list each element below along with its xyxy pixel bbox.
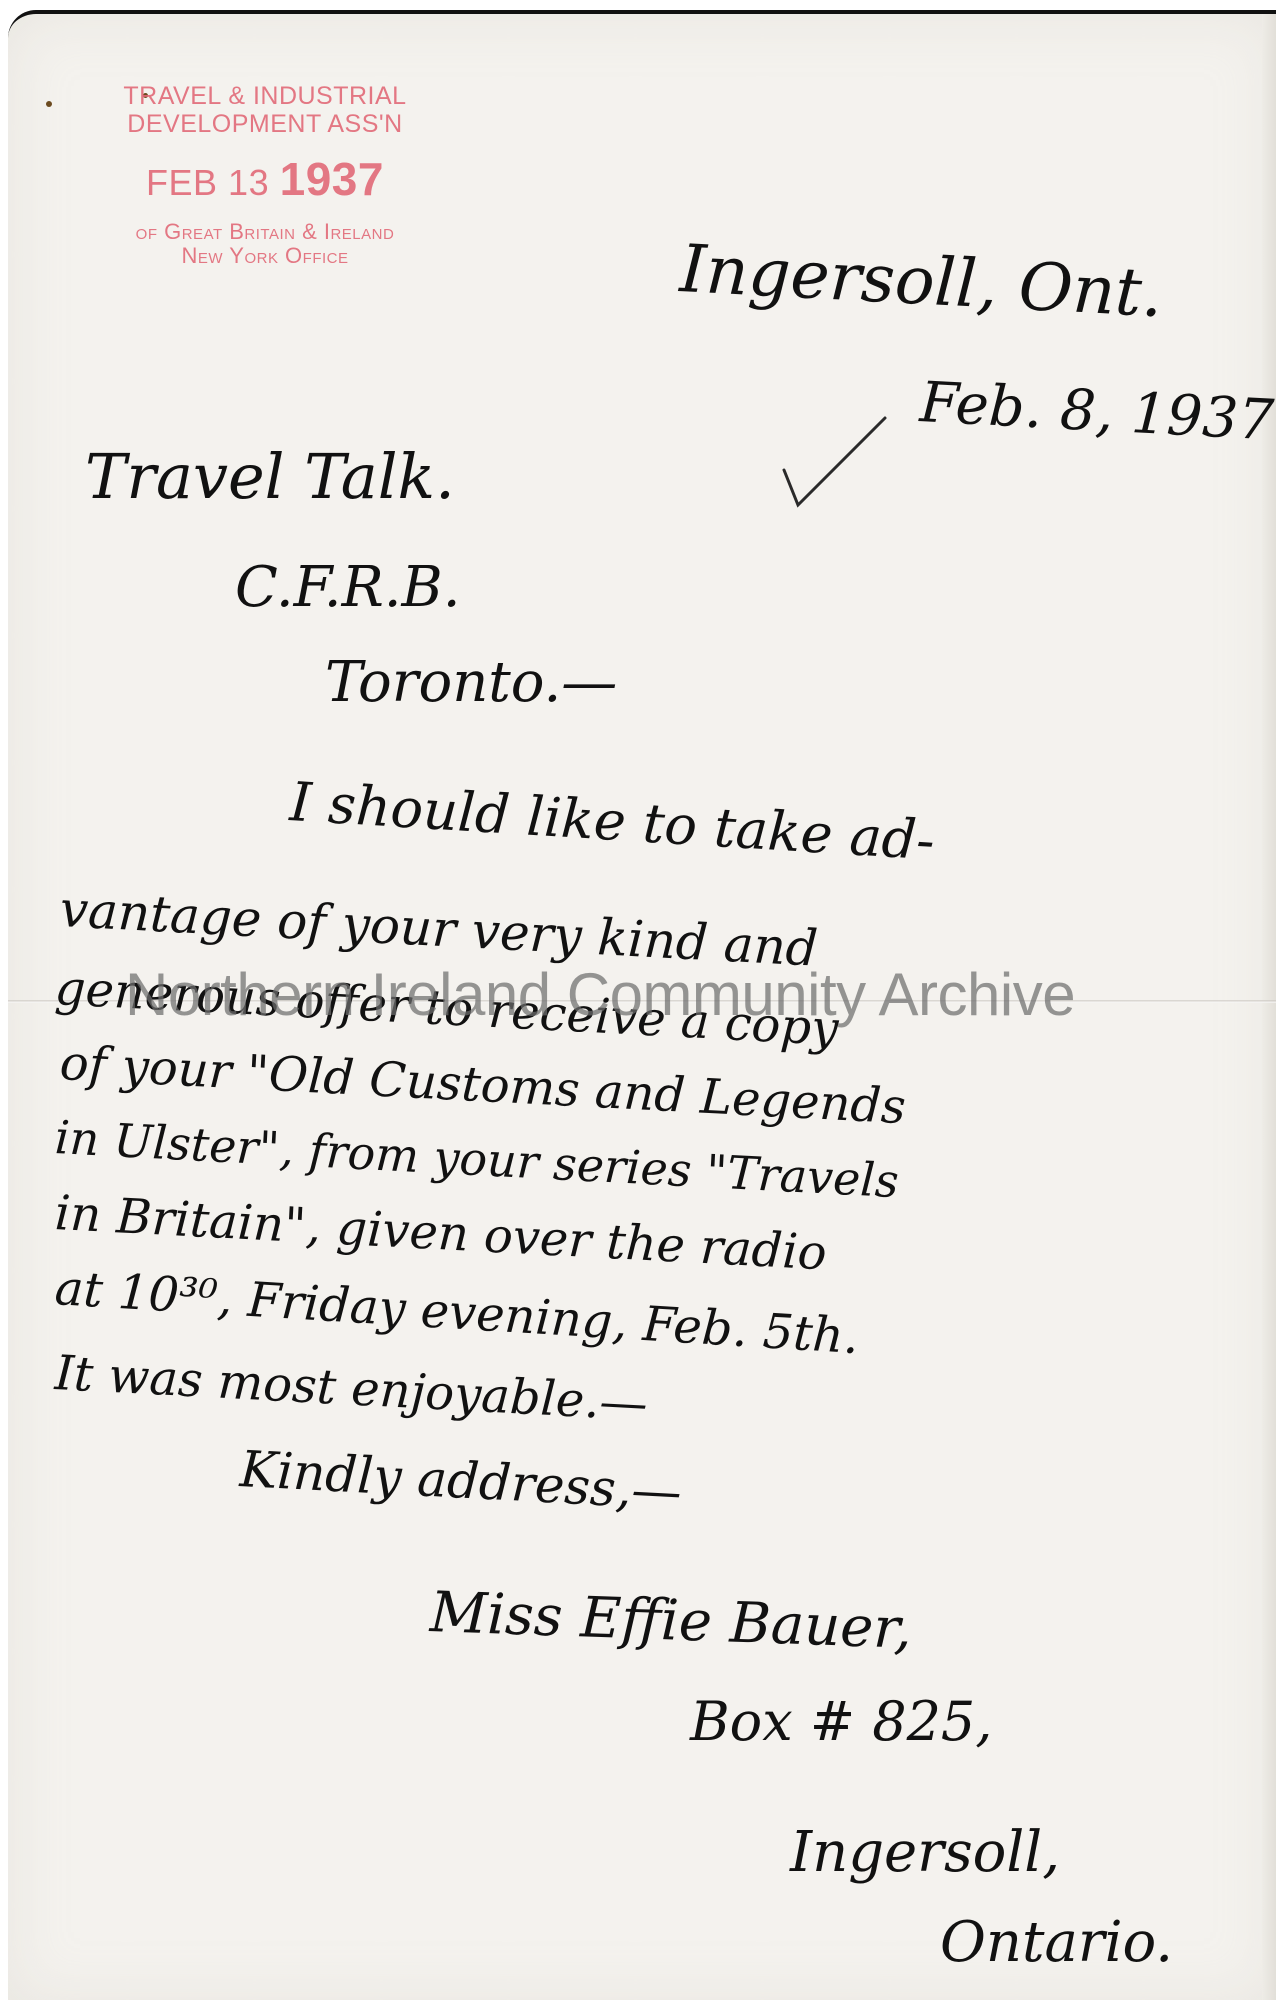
stamp-office: New York Office: [70, 244, 460, 268]
recipient-line-2: C.F.R.B.: [235, 555, 461, 620]
stamp-org-line-3: of Great Britain & Ireland: [70, 220, 460, 244]
stamp-org-line-2: DEVELOPMENT ASS'N: [70, 110, 460, 138]
check-mark-icon: [780, 410, 890, 510]
stamp-org-line-1: TRAVEL & INDUSTRIAL: [70, 82, 460, 110]
archive-watermark: Northern Ireland Community Archive: [125, 960, 1165, 1029]
recipient-line-1: Travel Talk.: [85, 440, 455, 513]
signature-town: Ingersoll,: [790, 1820, 1060, 1885]
signature-province: Ontario.: [940, 1910, 1173, 1975]
signature-box-number: Box # 825,: [690, 1690, 992, 1753]
paper-speck: [46, 101, 52, 107]
recipient-line-3: Toronto.—: [325, 650, 617, 715]
received-stamp: TRAVEL & INDUSTRIAL DEVELOPMENT ASS'N FE…: [70, 82, 460, 268]
stamp-date: FEB 13 1937: [70, 152, 460, 206]
paper-edge: [1262, 14, 1276, 2000]
stamp-date-year: 1937: [280, 153, 384, 205]
stamp-date-month-day: FEB 13: [146, 162, 269, 203]
